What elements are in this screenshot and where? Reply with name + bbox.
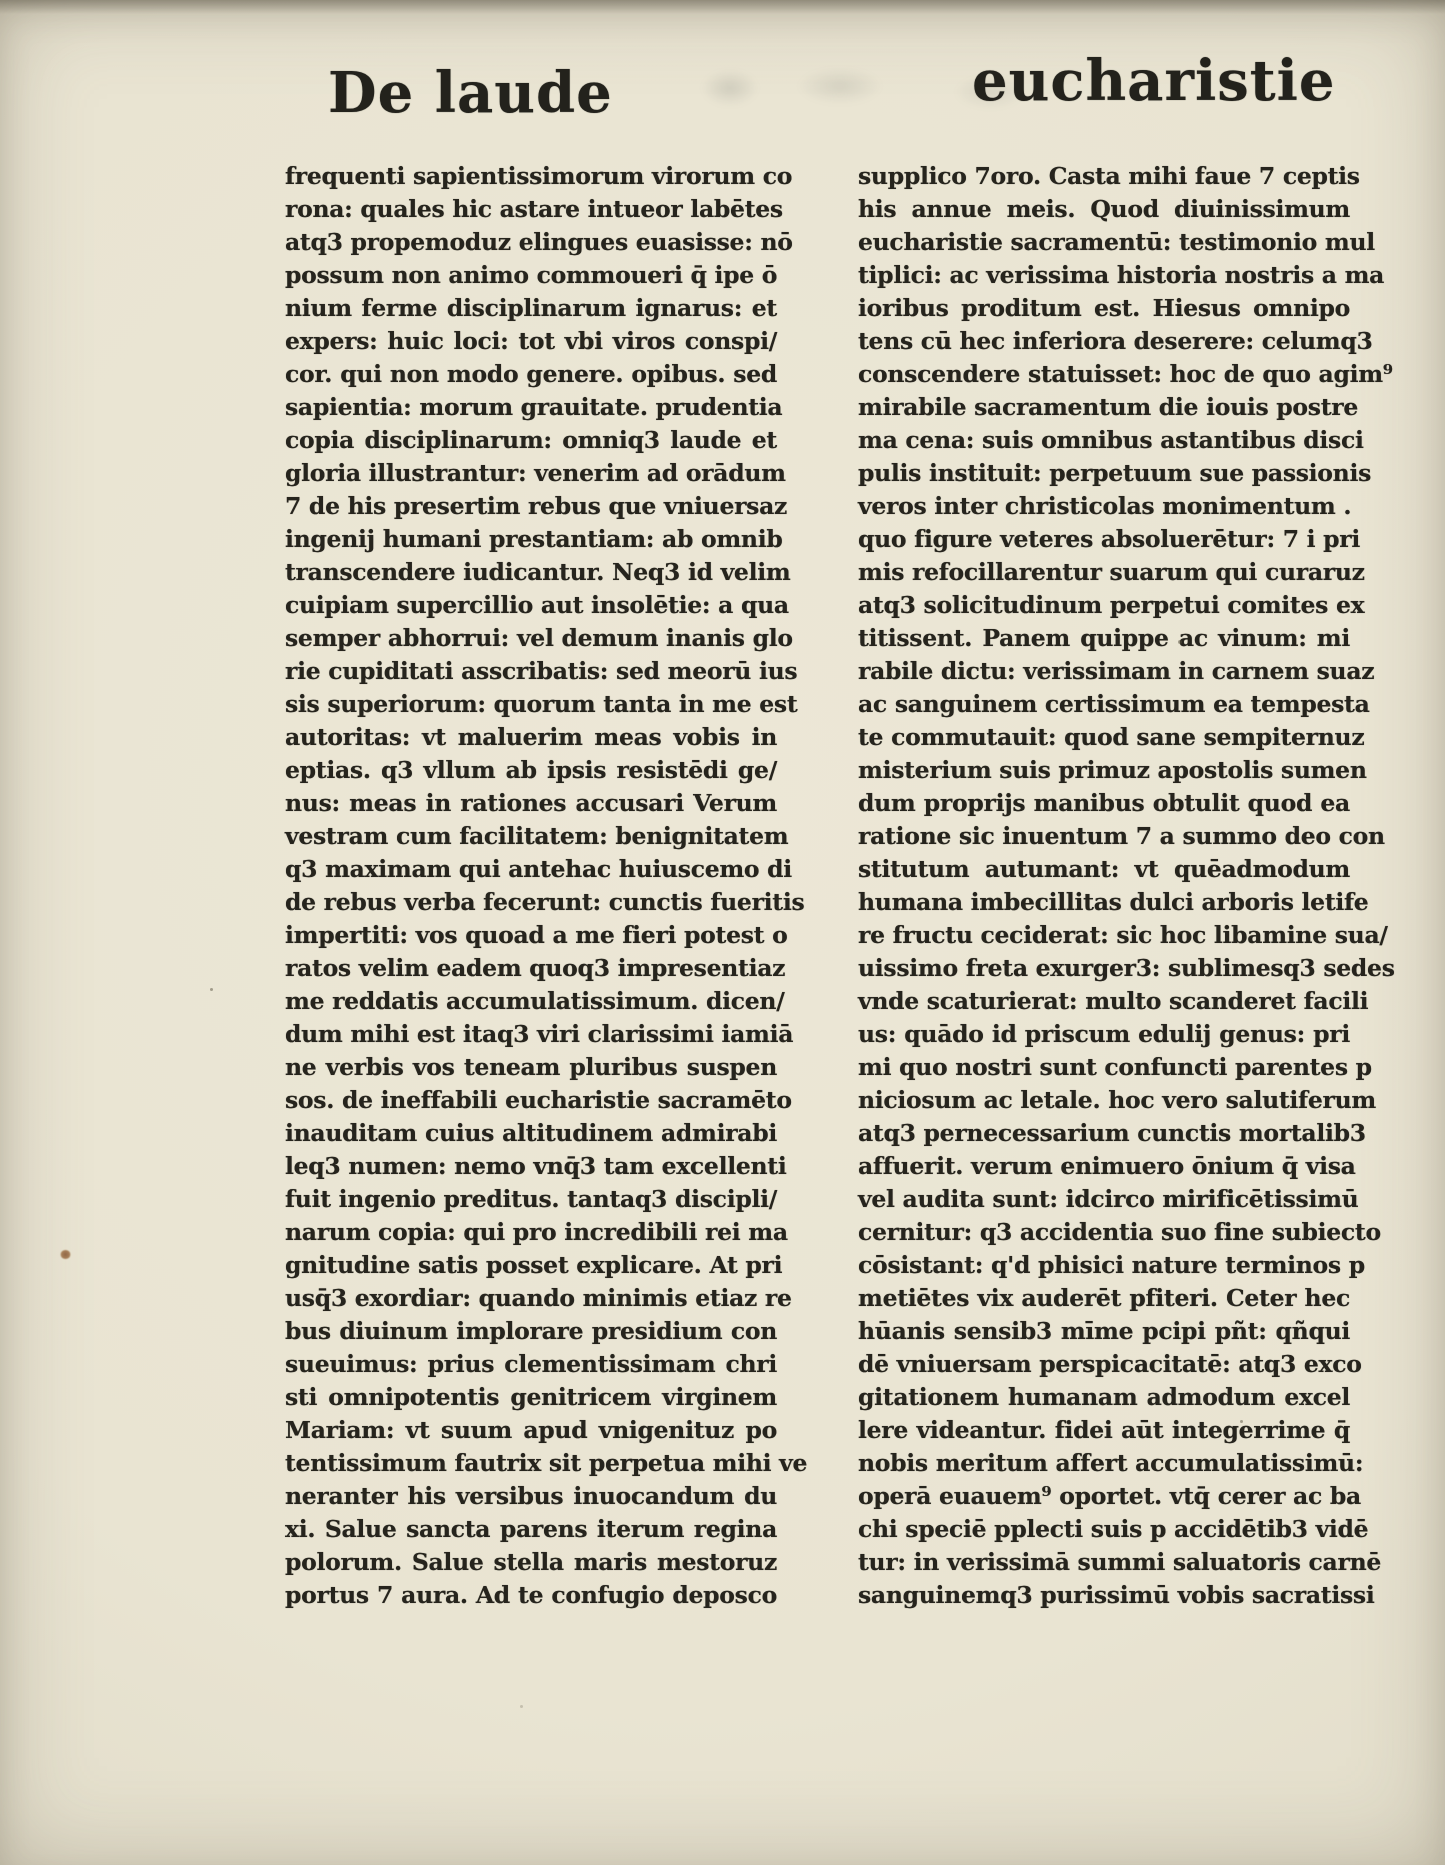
text-line: cuipiam supercillio aut insolētie: a qua xyxy=(285,589,777,622)
text-line: nium ferme disciplinarum ignarus: et xyxy=(285,292,777,325)
text-line: copia disciplinarum: omniq3 laude et xyxy=(285,424,777,457)
text-line: ma cena: suis omnibus astantibus disci xyxy=(858,424,1350,457)
paper-speck xyxy=(1178,640,1182,644)
text-line: veros inter christicolas monimentum . xyxy=(858,490,1350,523)
text-line: te commutauit: quod sane sempiternuz xyxy=(858,721,1350,754)
text-line: dum mihi est itaq3 viri clarissimi iamiā xyxy=(285,1018,777,1051)
text-line: atq3 solicitudinum perpetui comites ex xyxy=(858,589,1350,622)
text-line: nobis meritum affert accumulatissimū: xyxy=(858,1447,1350,1480)
text-line: neranter his versibus inuocandum du xyxy=(285,1480,777,1513)
text-line: his annue meis. Quod diuinissimum xyxy=(858,193,1350,226)
text-line: Mariam: vt suum apud vnigenituz po xyxy=(285,1414,777,1447)
text-line: nus: meas in rationes accusari Verum xyxy=(285,787,777,820)
text-line: rie cupiditati asscribatis: sed meorū iu… xyxy=(285,655,777,688)
text-line: autoritas: vt maluerim meas vobis in xyxy=(285,721,777,754)
text-line: re fructu ceciderat: sic hoc libamine su… xyxy=(858,919,1350,952)
text-line: usq̄3 exordiar: quando minimis etiaz re xyxy=(285,1282,777,1315)
text-line: operā euauem⁹ oportet. vtq̄ cerer ac ba xyxy=(858,1480,1350,1513)
text-line: eucharistie sacramentū: testimonio mul xyxy=(858,226,1350,259)
text-line: hūanis sensib3 mīme pcipi pñt: qñqui xyxy=(858,1315,1350,1348)
text-line: sti omnipotentis genitricem virginem xyxy=(285,1381,777,1414)
text-line: chi speciē pplecti suis p accidētib3 vid… xyxy=(858,1513,1350,1546)
text-line: ioribus proditum est. Hiesus omnipo xyxy=(858,292,1350,325)
text-line: cōsistant: q'd phisici nature terminos p xyxy=(858,1249,1350,1282)
text-line: sanguinemq3 purissimū vobis sacratissi xyxy=(858,1579,1350,1612)
paper-speck xyxy=(210,988,213,991)
foxing-spot xyxy=(60,1250,71,1259)
running-header-right: eucharistie xyxy=(972,48,1336,114)
paper-speck xyxy=(1240,1420,1243,1423)
text-line: us: quādo id priscum edulij genus: pri xyxy=(858,1018,1350,1051)
scanned-book-page: De laude eucharistie frequenti sapientis… xyxy=(0,0,1445,1865)
text-line: lere videantur. fidei aūt integerrime q̄ xyxy=(858,1414,1350,1447)
text-line: supplico 7oro. Casta mihi faue 7 ceptis xyxy=(858,160,1350,193)
text-line: impertiti: vos quoad a me fieri potest o xyxy=(285,919,777,952)
text-line: ingenij humani prestantiam: ab omnib xyxy=(285,523,777,556)
text-line: tiplici: ac verissima historia nostris a… xyxy=(858,259,1350,292)
text-line: humana imbecillitas dulci arboris letife xyxy=(858,886,1350,919)
text-line: portus 7 aura. Ad te confugio deposco xyxy=(285,1579,777,1612)
text-line: vel audita sunt: idcirco mirificētissimū xyxy=(858,1183,1350,1216)
text-line: xi. Salue sancta parens iterum regina xyxy=(285,1513,777,1546)
text-line: ratione sic inuentum 7 a summo deo con xyxy=(858,820,1350,853)
text-line: affuerit. verum enimuero ōnium q̄ visa xyxy=(858,1150,1350,1183)
text-line: gnitudine satis posset explicare. At pri xyxy=(285,1249,777,1282)
text-line: narum copia: qui pro incredibili rei ma xyxy=(285,1216,777,1249)
text-line: q3 maximam qui antehac huiuscemo di xyxy=(285,853,777,886)
text-line: gitationem humanam admodum excel xyxy=(858,1381,1350,1414)
text-line: cernitur: q3 accidentia suo fine subiect… xyxy=(858,1216,1350,1249)
text-line: sos. de ineffabili eucharistie sacramēto xyxy=(285,1084,777,1117)
text-line: mirabile sacramentum die iouis postre xyxy=(858,391,1350,424)
text-line: uissimo freta exurger3: sublimesq3 sedes xyxy=(858,952,1350,985)
text-line: sis superiorum: quorum tanta in me est xyxy=(285,688,777,721)
text-line: possum non animo commoueri q̄ ipe ō xyxy=(285,259,777,292)
text-line: pulis instituit: perpetuum sue passionis xyxy=(858,457,1350,490)
scan-edge-shadow xyxy=(0,0,1445,14)
text-column-right: supplico 7oro. Casta mihi faue 7 ceptish… xyxy=(858,160,1350,1612)
text-line: expers: huic loci: tot vbi viros conspi/ xyxy=(285,325,777,358)
text-line: stitutum autumant: vt quēadmodum xyxy=(858,853,1350,886)
text-line: ne verbis vos teneam pluribus suspen xyxy=(285,1051,777,1084)
text-line: cor. qui non modo genere. opibus. sed xyxy=(285,358,777,391)
text-line: tentissimum fautrix sit perpetua mihi ve xyxy=(285,1447,777,1480)
running-header-left: De laude xyxy=(328,60,613,126)
text-line: vnde scaturierat: multo scanderet facili xyxy=(858,985,1350,1018)
text-line: atq3 propemoduz elingues euasisse: nō xyxy=(285,226,777,259)
text-line: transcendere iudicantur. Neq3 id velim xyxy=(285,556,777,589)
text-line: tens cū hec inferiora deserere: celumq3 xyxy=(858,325,1350,358)
text-column-left: frequenti sapientissimorum virorum coron… xyxy=(285,160,777,1612)
text-line: rabile dictu: verissimam in carnem suaz xyxy=(858,655,1350,688)
text-line: polorum. Salue stella maris mestoruz xyxy=(285,1546,777,1579)
text-line: eptias. q3 vllum ab ipsis resistēdi ge/ xyxy=(285,754,777,787)
running-header: De laude eucharistie xyxy=(0,44,1445,124)
text-line: metiētes vix auderēt pfiteri. Ceter hec xyxy=(858,1282,1350,1315)
text-line: niciosum ac letale. hoc vero salutiferum xyxy=(858,1084,1350,1117)
paper-speck xyxy=(520,1705,523,1708)
text-line: leq3 numen: nemo vnq̄3 tam excellenti xyxy=(285,1150,777,1183)
text-line: frequenti sapientissimorum virorum co xyxy=(285,160,777,193)
text-line: gloria illustrantur: venerim ad orādum xyxy=(285,457,777,490)
text-line: fuit ingenio preditus. tantaq3 discipli/ xyxy=(285,1183,777,1216)
text-line: rona: quales hic astare intueor labētes xyxy=(285,193,777,226)
text-line: ratos velim eadem quoq3 impresentiaz xyxy=(285,952,777,985)
text-line: de rebus verba fecerunt: cunctis fueriti… xyxy=(285,886,777,919)
text-line: dē vniuersam perspicacitatē: atq3 exco xyxy=(858,1348,1350,1381)
text-line: bus diuinum implorare presidium con xyxy=(285,1315,777,1348)
text-line: dum proprijs manibus obtulit quod ea xyxy=(858,787,1350,820)
text-line: me reddatis accumulatissimum. dicen/ xyxy=(285,985,777,1018)
text-line: quo figure veteres absoluerētur: 7 i pri xyxy=(858,523,1350,556)
text-line: mi quo nostri sunt confuncti parentes p xyxy=(858,1051,1350,1084)
text-line: tur: in verissimā summi saluatoris carnē xyxy=(858,1546,1350,1579)
text-line: titissent. Panem quippe ac vinum: mi xyxy=(858,622,1350,655)
text-line: misterium suis primuz apostolis sumen xyxy=(858,754,1350,787)
text-line: vestram cum facilitatem: benignitatem xyxy=(285,820,777,853)
text-line: sueuimus: prius clementissimam chri xyxy=(285,1348,777,1381)
text-line: mis refocillarentur suarum qui curaruz xyxy=(858,556,1350,589)
text-line: sapientia: morum grauitate. prudentia xyxy=(285,391,777,424)
text-line: ac sanguinem certissimum ea tempesta xyxy=(858,688,1350,721)
text-line: atq3 pernecessarium cunctis mortalib3 xyxy=(858,1117,1350,1150)
text-line: inauditam cuius altitudinem admirabi xyxy=(285,1117,777,1150)
text-line: conscendere statuisset: hoc de quo agim⁹ xyxy=(858,358,1350,391)
text-line: 7 de his presertim rebus que vniuersaz xyxy=(285,490,777,523)
text-line: semper abhorrui: vel demum inanis glo xyxy=(285,622,777,655)
